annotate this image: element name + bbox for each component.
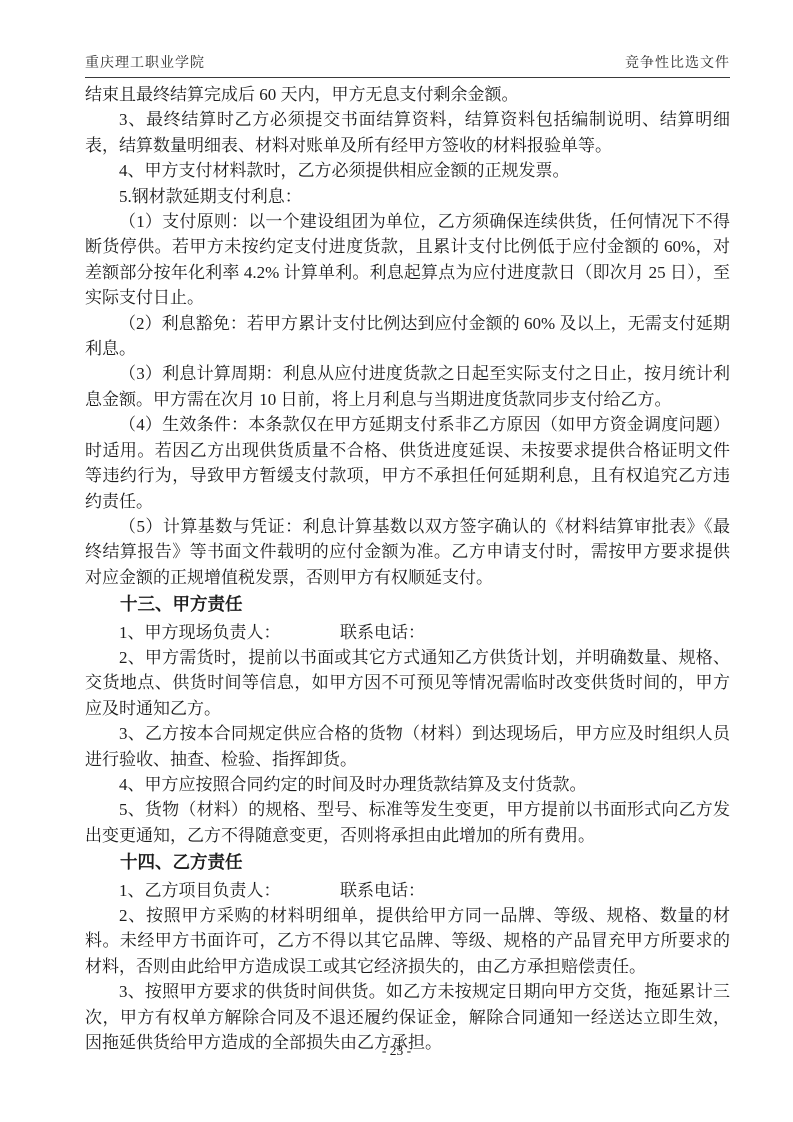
paragraph-party-a-notice: 2、甲方需货时，提前以书面或其它方式通知乙方供货计划，并明确数量、规格、交货地点… [85,645,730,721]
section-heading-party-a: 十三、甲方责任 [85,592,730,617]
paragraph-calc-basis: （5）计算基数与凭证：利息计算基数以双方签字确认的《材料结算审批表》《最终结算报… [85,514,730,590]
header-doc-type: 竞争性比选文件 [625,52,730,72]
paragraph-party-a-change: 5、货物（材料）的规格、型号、标准等发生变更，甲方提前以书面形式向乙方发出变更通… [85,797,730,848]
paragraph-party-a-acceptance: 3、乙方按本合同规定供应合格的货物（材料）到达现场后，甲方应及时组织人员进行验收… [85,721,730,772]
paragraph-continuation: 结束且最终结算完成后 60 天内，甲方无息支付剩余金额。 [85,82,730,107]
paragraph-invoice: 4、甲方支付材料款时，乙方必须提供相应金额的正规发票。 [85,158,730,183]
paragraph-party-a-contact: 1、甲方现场负责人： 联系电话： [85,620,730,645]
page-number: - 23 - [382,1043,411,1058]
paragraph-party-b-materials: 2、按照甲方采购的材料明细单，提供给甲方同一品牌、等级、规格、数量的材料。未经甲… [85,903,730,979]
header-org-name: 重庆理工职业学院 [85,52,205,72]
paragraph-party-a-payment: 4、甲方应按照合同约定的时间及时办理货款结算及支付货款。 [85,772,730,797]
paragraph-interest-cycle: （3）利息计算周期：利息从应付进度货款之日起至实际支付之日止，按月统计利息金额。… [85,361,730,412]
document-page: 重庆理工职业学院 竞争性比选文件 结束且最终结算完成后 60 天内，甲方无息支付… [0,0,793,1122]
page-footer: - 23 - [0,1043,793,1059]
document-body: 结束且最终结算完成后 60 天内，甲方无息支付剩余金额。 3、最终结算时乙方必须… [85,82,730,1055]
paragraph-effective-condition: （4）生效条件：本条款仅在甲方延期支付系非乙方原因（如甲方资金调度问题）时适用。… [85,412,730,514]
paragraph-interest-waiver: （2）利息豁免：若甲方累计支付比例达到应付金额的 60% 及以上，无需支付延期利… [85,311,730,362]
section-heading-party-b: 十四、乙方责任 [85,850,730,875]
paragraph-interest-title: 5.钢材款延期支付利息： [85,184,730,209]
paragraph-payment-principle: （1）支付原则：以一个建设组团为单位，乙方须确保连续供货，任何情况下不得断货停供… [85,209,730,311]
paragraph-party-b-contact: 1、乙方项目负责人： 联系电话： [85,878,730,903]
page-header: 重庆理工职业学院 竞争性比选文件 [85,52,730,78]
paragraph-settlement-docs: 3、最终结算时乙方必须提交书面结算资料，结算资料包括编制说明、结算明细表，结算数… [85,107,730,158]
